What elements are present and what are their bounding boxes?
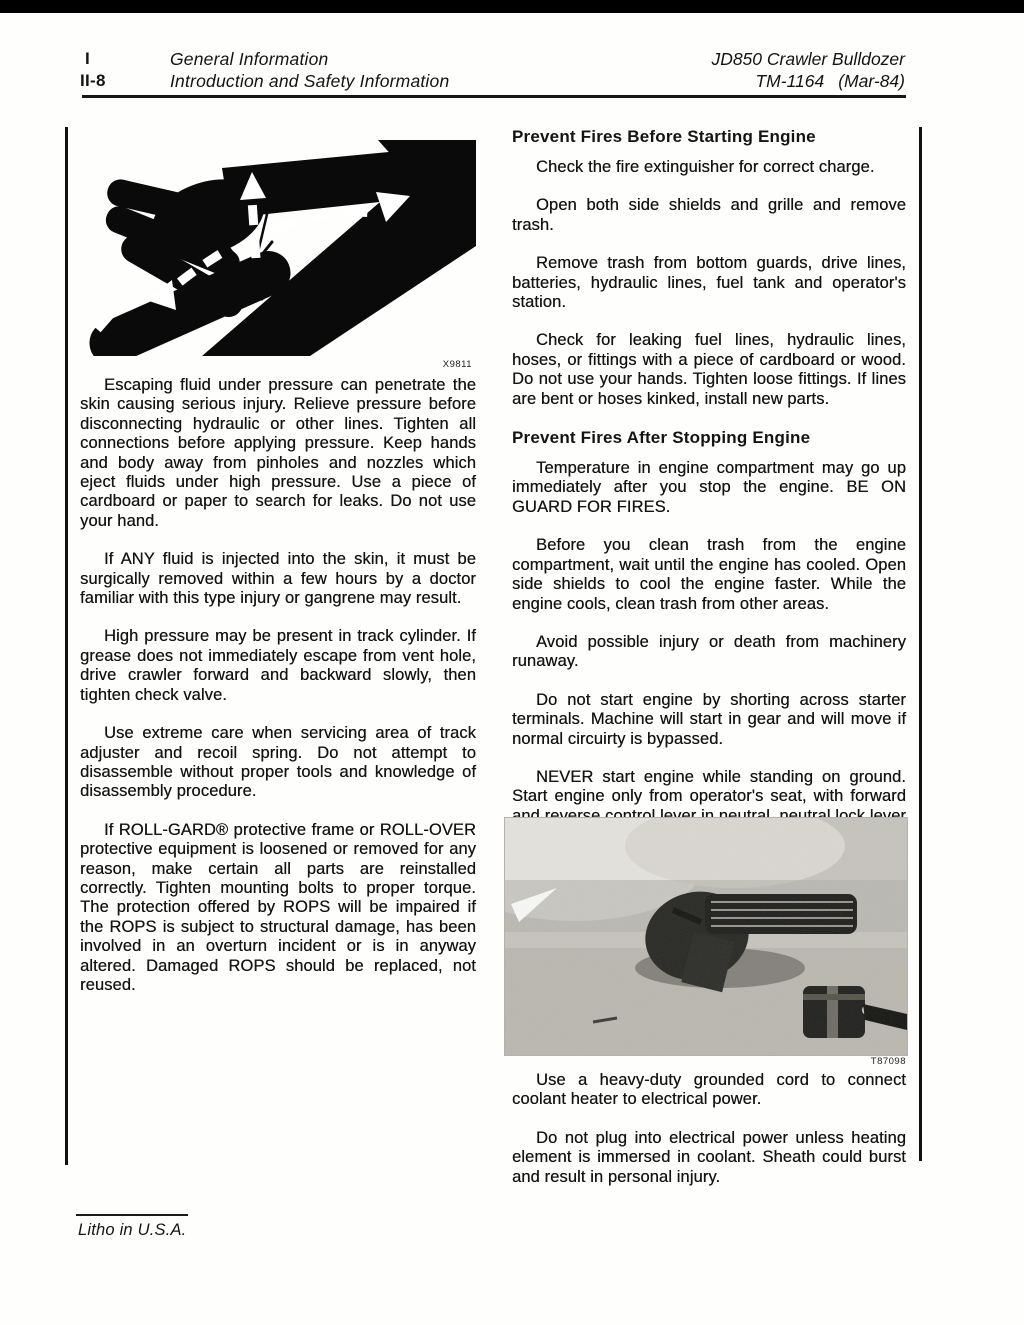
- paragraph: Check the fire extinguisher for correct …: [512, 158, 906, 177]
- right-column-after-photo: Use a heavy-duty grounded cord to connec…: [512, 1071, 906, 1206]
- pressurized-fluid-warning-illustration: [80, 134, 476, 356]
- paragraph: Avoid possible injury or death from mach…: [512, 633, 906, 672]
- litho-note: Litho in U.S.A.: [78, 1221, 186, 1240]
- heater-element-photo-rendering: [505, 818, 907, 1055]
- paragraph: Use a heavy-duty grounded cord to connec…: [512, 1071, 906, 1110]
- header-page-number: II-8: [80, 71, 106, 91]
- photo-label: T87098: [512, 1056, 906, 1067]
- left-column: Escaping fluid under pressure can penetr…: [80, 376, 476, 1014]
- footer-rule: [76, 1214, 188, 1216]
- paragraph: Remove trash from bottom guards, drive l…: [512, 254, 906, 312]
- manual-revision: (Mar-84): [838, 71, 905, 91]
- paragraph: Before you clean trash from the engine c…: [512, 536, 906, 614]
- header-product-title: JD850 Crawler Bulldozer: [711, 49, 905, 70]
- paragraph: Use extreme care when servicing area of …: [80, 724, 476, 802]
- paragraph: Escaping fluid under pressure can penetr…: [80, 376, 476, 531]
- right-column-rule: [919, 127, 922, 1161]
- manual-page: I II-8 General Information Introduction …: [0, 0, 1024, 1325]
- paragraph: High pressure may be present in track cy…: [80, 627, 476, 705]
- paragraph: Do not plug into electrical power unless…: [512, 1129, 906, 1187]
- header-rule: [82, 95, 906, 98]
- paragraph: If ANY fluid is injected into the skin, …: [80, 550, 476, 608]
- paragraph: Check for leaking fuel lines, hydraulic …: [512, 331, 906, 409]
- scan-edge-bar: [0, 0, 1024, 13]
- header-manual-number: TM-1164(Mar-84): [755, 71, 905, 92]
- section-heading: Prevent Fires After Stopping Engine: [512, 428, 906, 448]
- paragraph: Open both side shields and grille and re…: [512, 196, 906, 235]
- manual-number: TM-1164: [755, 71, 824, 91]
- figure-label: X9811: [80, 359, 472, 370]
- left-column-rule: [65, 127, 68, 1165]
- paragraph: Temperature in engine compartment may go…: [512, 459, 906, 517]
- right-column: Prevent Fires Before Starting Engine Che…: [512, 127, 906, 865]
- section-heading: Prevent Fires Before Starting Engine: [512, 127, 906, 147]
- hand-fluid-jet-drawing: [80, 134, 476, 356]
- header-section-title: General Information: [170, 49, 328, 70]
- header-chapter-title: Introduction and Safety Information: [170, 71, 449, 92]
- paragraph: Do not start engine by shorting across s…: [512, 691, 906, 749]
- header-volume: I: [85, 49, 90, 69]
- coolant-heater-photo: [505, 818, 907, 1055]
- paragraph: If ROLL-GARD® protective frame or ROLL-O…: [80, 821, 476, 996]
